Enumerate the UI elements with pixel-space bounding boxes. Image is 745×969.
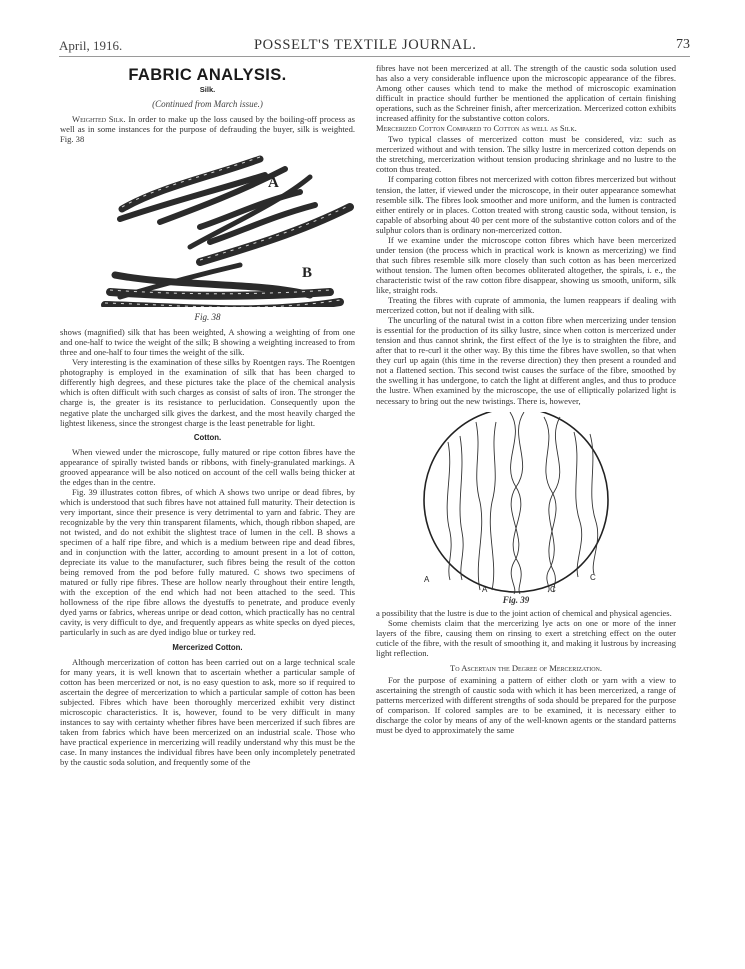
paragraph: shows (magnified) silk that has been wei… (60, 327, 355, 357)
figure-label-c: C (550, 585, 556, 594)
page-header: April, 1916. POSSELT'S TEXTILE JOURNAL. … (59, 38, 690, 57)
paragraph: Two typical classes of mercerized cotton… (376, 134, 676, 174)
figure-label-b: B (302, 265, 312, 281)
run-in-heading: Weighted Silk. (72, 114, 126, 124)
paragraph-weighted-silk: Weighted Silk. In order to make up the l… (60, 114, 355, 144)
paragraph: Treating the fibres with cuprate of ammo… (376, 295, 676, 315)
figure-38-silk-fibres: A B Fig. 38 (60, 147, 355, 327)
paragraph: Although mercerization of cotton has bee… (60, 657, 355, 768)
paragraph: Fig. 39 illustrates cotton fibres, of wh… (60, 487, 355, 638)
figure-label-a: A (424, 575, 430, 584)
figure-label-a: A (482, 585, 488, 594)
issue-date: April, 1916. (59, 38, 122, 54)
journal-title: POSSELT'S TEXTILE JOURNAL. (254, 37, 476, 54)
article-title: FABRIC ANALYSIS. (60, 66, 355, 84)
right-column: fibres have not been mercerized at all. … (376, 63, 676, 735)
section-heading-compared: Mercerized Cotton Compared to Cotton as … (376, 123, 676, 134)
page-number: 73 (676, 37, 690, 53)
section-heading-cotton: Cotton. (60, 433, 355, 443)
paragraph: For the purpose of examining a pattern o… (376, 675, 676, 735)
figure-label-a: A (268, 175, 279, 191)
figure-39-caption: Fig. 39 (376, 594, 656, 606)
paragraph: If we examine under the microscope cotto… (376, 235, 676, 295)
paragraph: Very interesting is the examination of t… (60, 357, 355, 427)
paragraph: a possibility that the lustre is due to … (376, 608, 676, 618)
continued-note: (Continued from March issue.) (60, 98, 355, 110)
section-heading-degree: To Ascertain the Degree of Mercerization… (376, 663, 676, 674)
figure-label-c: C (590, 573, 596, 582)
cotton-fibres-microscope-illustration: A A B C C (376, 412, 676, 594)
paragraph: fibres have not been mercerized at all. … (376, 63, 676, 123)
section-heading-mercerized-cotton: Mercerized Cotton. (60, 643, 355, 653)
figure-38-caption: Fig. 38 (60, 311, 355, 323)
figure-39-cotton-fibres: A A B C C Fig. 39 (376, 412, 676, 608)
left-column: FABRIC ANALYSIS. Silk. (Continued from M… (60, 66, 355, 767)
paragraph: The uncurling of the natural twist in a … (376, 315, 676, 405)
paragraph: Some chemists claim that the mercerizing… (376, 618, 676, 658)
weighted-silk-illustration: A B (60, 147, 355, 307)
paragraph: If comparing cotton fibres not mercerize… (376, 174, 676, 234)
paragraph: When viewed under the microscope, fully … (60, 447, 355, 487)
article-subtitle: Silk. (60, 85, 355, 95)
